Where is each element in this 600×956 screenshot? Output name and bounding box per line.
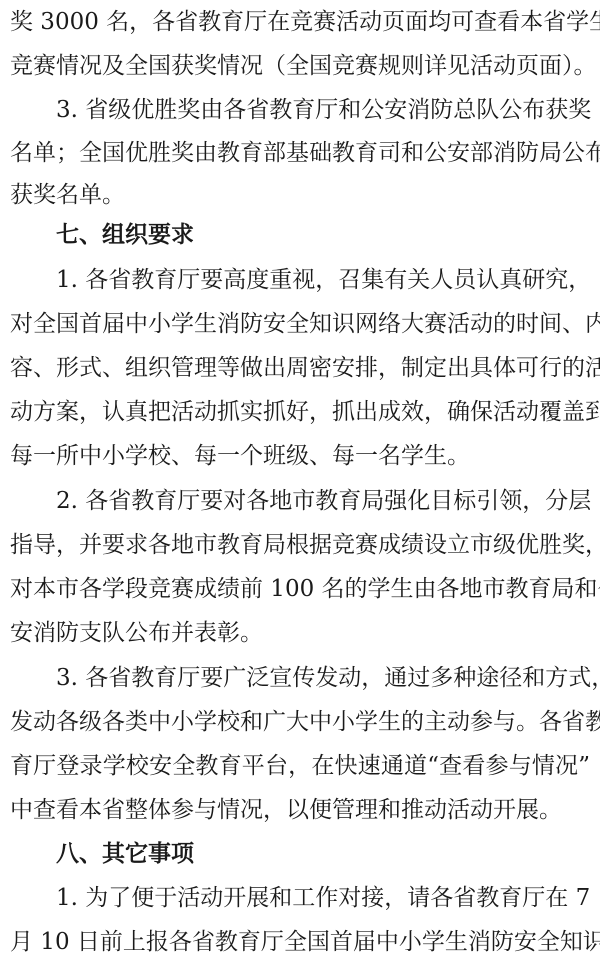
paragraph-line: 每一所中小学校、每一个班级、每一名学生。 xyxy=(10,434,590,478)
section-heading-organization-requirements: 七、组织要求 xyxy=(56,213,590,257)
section-heading-other-matters: 八、其它事项 xyxy=(56,832,590,876)
paragraph-line: 对本市各学段竞赛成绩前 100 名的学生由各地市教育局和公 xyxy=(10,567,590,611)
paragraph-line-award-count: 奖 3000 名，各省教育厅在竞赛活动页面均可查看本省学生 xyxy=(10,0,590,44)
paragraph-line: 月 10 日前上报各省教育厅全国首届中小学生消防安全知识 xyxy=(10,920,590,956)
paragraph-line: 容、形式、组织管理等做出周密安排，制定出具体可行的活 xyxy=(10,346,590,390)
list-item-requirement-3: 3. 各省教育厅要广泛宣传发动，通过多种途径和方式， xyxy=(56,656,590,700)
paragraph-line-national-award: 名单；全国优胜奖由教育部基础教育司和公安部消防局公布 xyxy=(10,131,590,175)
list-item-other-1: 1. 为了便于活动开展和工作对接，请各省教育厅在 7 xyxy=(56,876,590,920)
list-item-requirement-2: 2. 各省教育厅要对各地市教育局强化目标引领，分层 xyxy=(56,479,590,523)
paragraph-line-award-rules: 竞赛情况及全国获奖情况（全国竞赛规则详见活动页面）。 xyxy=(10,44,590,88)
list-item-requirement-1: 1. 各省教育厅要高度重视，召集有关人员认真研究， xyxy=(56,258,590,302)
paragraph-line: 发动各级各类中小学校和广大中小学生的主动参与。各省教 xyxy=(10,700,590,744)
paragraph-line: 指导，并要求各地市教育局根据竞赛成绩设立市级优胜奖， xyxy=(10,523,590,567)
document-page: 奖 3000 名，各省教育厅在竞赛活动页面均可查看本省学生 竞赛情况及全国获奖情… xyxy=(0,0,600,956)
paragraph-line: 安消防支队公布并表彰。 xyxy=(10,611,590,655)
paragraph-line-award-list: 获奖名单。 xyxy=(10,173,590,217)
paragraph-line: 中查看本省整体参与情况，以便管理和推动活动开展。 xyxy=(10,788,590,832)
list-item-provincial-award: 3. 省级优胜奖由各省教育厅和公安消防总队公布获奖 xyxy=(56,88,590,132)
paragraph-line: 动方案，认真把活动抓实抓好，抓出成效，确保活动覆盖到 xyxy=(10,390,590,434)
paragraph-line: 对全国首届中小学生消防安全知识网络大赛活动的时间、内 xyxy=(10,302,590,346)
paragraph-line: 育厅登录学校安全教育平台，在快速通道“查看参与情况” xyxy=(10,744,590,788)
